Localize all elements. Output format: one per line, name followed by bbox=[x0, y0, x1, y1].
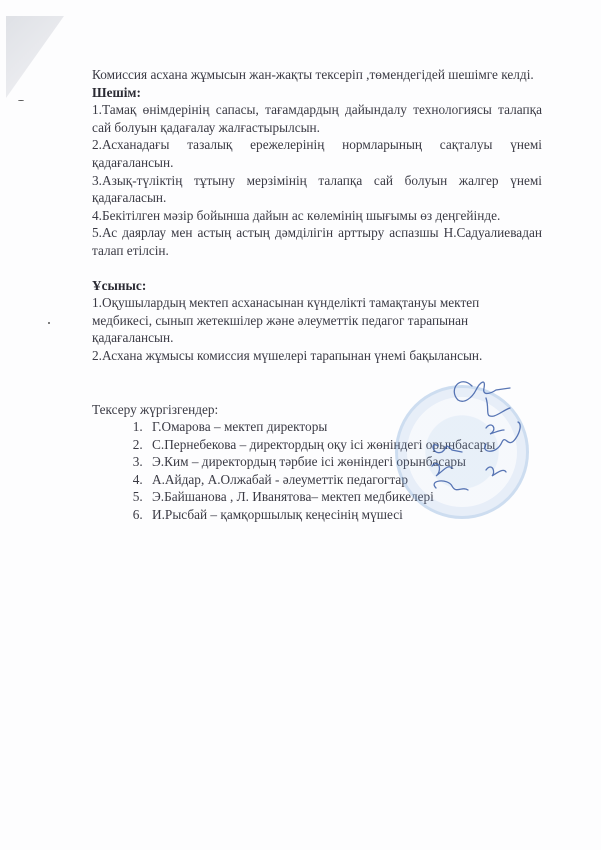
document-body: Комиссия асхана жұмысын жан-жақты тексер… bbox=[92, 66, 542, 524]
inspector-item: И.Рысбай – қамқоршылық кеңесінің мүшесі bbox=[146, 506, 542, 524]
inspectors-list: Г.Омарова – мектеп директоры С.Пернебеко… bbox=[92, 418, 542, 524]
decision-item: 3.Азық-түліктің тұтыну мерзімінің талапқ… bbox=[92, 172, 542, 207]
spacer bbox=[92, 260, 542, 277]
inspector-item: С.Пернебекова – директордың оқу ісі жөні… bbox=[146, 436, 542, 454]
spacer bbox=[92, 365, 542, 401]
inspectors-heading: Тексеру жүргізгендер: bbox=[92, 401, 542, 419]
inspector-item: Э.Байшанова , Л. Иванятова– мектеп медби… bbox=[146, 488, 542, 506]
decision-item: 2.Асханадағы тазалық ережелерінің нормла… bbox=[92, 136, 542, 171]
scan-artifact bbox=[48, 322, 50, 324]
decision-heading: Шешім: bbox=[92, 84, 542, 102]
scan-artifact bbox=[18, 100, 24, 101]
inspector-item: А.Айдар, А.Олжабай - әлеуметтік педагогт… bbox=[146, 471, 542, 489]
intro-text: Комиссия асхана жұмысын жан-жақты тексер… bbox=[92, 66, 542, 84]
decision-item: 1.Тамақ өнімдерінің сапасы, тағамдардың … bbox=[92, 101, 542, 136]
decision-item: 4.Бекітілген мәзір бойынша дайын ас көле… bbox=[92, 207, 542, 225]
proposal-item: 1.Оқушылардың мектеп асханасынан күнделі… bbox=[92, 294, 512, 347]
proposal-heading: Ұсыныс: bbox=[92, 277, 542, 295]
proposal-item: 2.Асхана жұмысы комиссия мүшелері тарапы… bbox=[92, 347, 542, 365]
inspector-item: Э.Ким – директордың тәрбие ісі жөніндегі… bbox=[146, 453, 542, 471]
folded-page-corner bbox=[6, 16, 64, 98]
inspector-item: Г.Омарова – мектеп директоры bbox=[146, 418, 542, 436]
decision-item: 5.Ас даярлау мен астың астың дәмділігін … bbox=[92, 224, 542, 259]
